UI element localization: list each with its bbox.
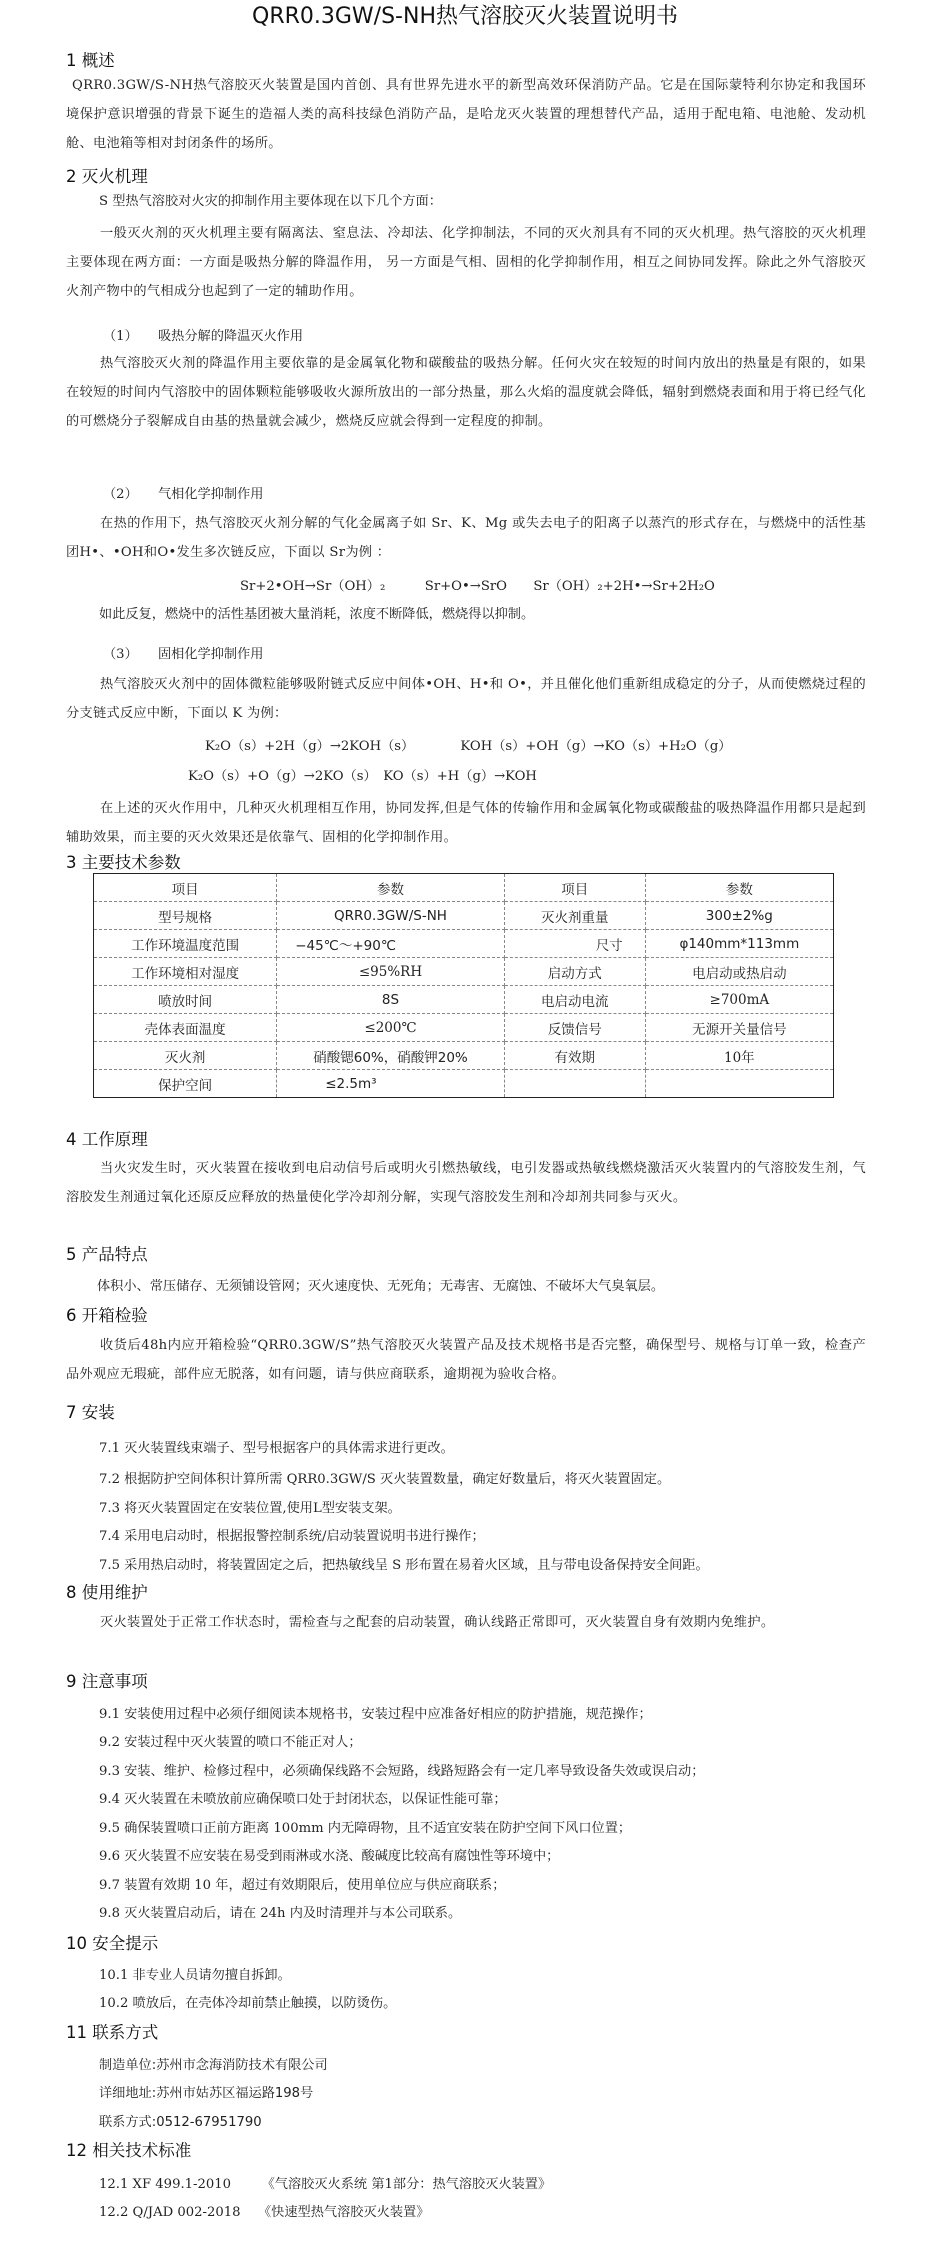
- table-cell: [504, 1070, 645, 1098]
- table-cell: 保护空间: [94, 1070, 277, 1098]
- table-cell: QRR0.3GW/S-NH: [277, 902, 505, 930]
- table-cell: 电启动电流: [504, 986, 645, 1014]
- table-cell: ≥700mA: [645, 986, 833, 1014]
- table-cell: 灭火剂: [94, 1042, 277, 1070]
- sr-equations: Sr+2•OH→Sr（OH）₂ Sr+O•→SrO Sr（OH）₂+2H•→Sr…: [240, 577, 715, 597]
- table-cell: 启动方式: [504, 958, 645, 986]
- table-cell: 无源开关量信号: [645, 1014, 833, 1042]
- table-cell: 壳体表面温度: [94, 1014, 277, 1042]
- table-header: 参数: [277, 874, 505, 902]
- solid-phase-paragraph: 热气溶胶灭火剂中的固体微粒能够吸附链式反应中间体•OH、H•和 O•，并且催化他…: [66, 670, 866, 728]
- section-heading-safety: 10 安全提示: [66, 1933, 158, 1955]
- table-header-row: 项目 参数 项目 参数: [94, 874, 834, 902]
- features-paragraph: 体积小、常压储存、无须铺设管网；灭火速度快、无死角；无毒害、无腐蚀、不破坏大气臭…: [97, 1277, 664, 1297]
- subsection-1-label: （1）: [103, 327, 138, 347]
- table-cell: 8S: [277, 986, 505, 1014]
- subsection-1-title: 吸热分解的降温灭火作用: [158, 327, 303, 347]
- table-cell: 工作环境相对湿度: [94, 958, 277, 986]
- table-row: 保护空间 ≤2.5m³: [94, 1070, 834, 1098]
- mechanism-summary: 在上述的灭火作用中，几种灭火机理相互作用，协同发挥,但是气体的传输作用和金属氧化…: [66, 794, 866, 852]
- section-heading-standards: 12 相关技术标准: [66, 2140, 191, 2162]
- section-heading-overview: 1 概述: [66, 50, 115, 72]
- installation-item: 7.5 采用热启动时，将装置固定之后，把热敏线呈 S 形布置在易着火区域，且与带…: [99, 1556, 709, 1576]
- precaution-item: 9.2 安装过程中灭火装置的喷口不能正对人；: [99, 1733, 362, 1753]
- gas-phase-paragraph: 在热的作用下，热气溶胶灭火剂分解的气化金属离子如 Sr、K、Mg 或失去电子的阳…: [66, 509, 866, 567]
- section-heading-maintenance: 8 使用维护: [66, 1582, 148, 1604]
- subsection-2-label: （2）: [103, 485, 138, 505]
- table-row: 壳体表面温度 ≤200℃ 反馈信号 无源开关量信号: [94, 1014, 834, 1042]
- manufacturer-info: 制造单位:苏州市念海消防技术有限公司: [99, 2056, 328, 2076]
- section-heading-parameters: 3 主要技术参数: [66, 852, 181, 874]
- subsection-2-title: 气相化学抑制作用: [158, 485, 264, 505]
- mechanism-intro: S 型热气溶胶对火灾的抑制作用主要体现在以下几个方面：: [99, 192, 442, 212]
- safety-item: 10.2 喷放后，在壳体冷却前禁止触摸，以防烫伤。: [99, 1994, 396, 2014]
- section-heading-contact: 11 联系方式: [66, 2022, 158, 2044]
- table-row: 型号规格 QRR0.3GW/S-NH 灭火剂重量 300±2%g: [94, 902, 834, 930]
- section-heading-mechanism: 2 灭火机理: [66, 166, 148, 188]
- standard-item: 12.1 XF 499.1-2010 《气溶胶灭火系统 第1部分：热气溶胶灭火装…: [99, 2175, 551, 2195]
- table-row: 工作环境温度范围 −45℃～+90℃ 尺寸 φ140mm*113mm: [94, 930, 834, 958]
- table-cell: 型号规格: [94, 902, 277, 930]
- precaution-item: 9.4 灭火装置在未喷放前应确保喷口处于封闭状态，以保证性能可靠；: [99, 1790, 507, 1810]
- precaution-item: 9.7 装置有效期 10 年，超过有效期限后，使用单位应与供应商联系；: [99, 1876, 505, 1896]
- table-cell: 喷放时间: [94, 986, 277, 1014]
- unpacking-paragraph: 收货后48h内应开箱检验“QRR0.3GW/S”热气溶胶灭火装置产品及技术规格书…: [66, 1331, 866, 1389]
- document-title: QRR0.3GW/S-NH热气溶胶灭火装置说明书: [0, 2, 930, 32]
- safety-item: 10.1 非专业人员请勿擅自拆卸。: [99, 1966, 291, 1986]
- working-principle-paragraph: 当火灾发生时，灭火装置在接收到电启动信号后或明火引燃热敏线，电引发器或热敏线燃烧…: [66, 1154, 866, 1212]
- address-info: 详细地址:苏州市姑苏区福运路198号: [99, 2084, 313, 2104]
- technical-parameters-table: 项目 参数 项目 参数 型号规格 QRR0.3GW/S-NH 灭火剂重量 300…: [93, 873, 834, 1098]
- table-cell: [645, 1070, 833, 1098]
- table-row: 灭火剂 硝酸锶60%，硝酸钾20% 有效期 10年: [94, 1042, 834, 1070]
- table-cell: 电启动或热启动: [645, 958, 833, 986]
- section-heading-working-principle: 4 工作原理: [66, 1129, 148, 1151]
- precaution-item: 9.5 确保装置喷口正前方距离 100mm 内无障碍物，且不适宜安装在防护空间下…: [99, 1819, 631, 1839]
- phone-info: 联系方式:0512-67951790: [99, 2113, 262, 2133]
- precaution-item: 9.6 灭火装置不应安装在易受到雨淋或水浇、酸碱度比较高有腐蚀性等环境中；: [99, 1847, 559, 1867]
- table-cell: ≤2.5m³: [277, 1070, 505, 1098]
- cooling-paragraph: 热气溶胶灭火剂的降温作用主要依靠的是金属氧化物和碳酸盐的吸热分解。任何火灾在较短…: [66, 349, 866, 436]
- subsection-3-title: 固相化学抑制作用: [158, 645, 264, 665]
- table-cell: ≤200℃: [277, 1014, 505, 1042]
- standard-item: 12.2 Q/JAD 002-2018 《快速型热气溶胶灭火装置》: [99, 2203, 429, 2223]
- gas-phase-conclusion: 如此反复，燃烧中的活性基团被大量消耗，浓度不断降低，燃烧得以抑制。: [99, 605, 534, 625]
- installation-item: 7.2 根据防护空间体积计算所需 QRR0.3GW/S 灭火装置数量，确定好数量…: [99, 1470, 670, 1490]
- table-header: 项目: [94, 874, 277, 902]
- section-heading-installation: 7 安装: [66, 1402, 115, 1424]
- section-heading-precautions: 9 注意事项: [66, 1671, 148, 1693]
- k-equations-line-2: K₂O（s）+O（g）→2KO（s） KO（s）+H（g）→KOH: [188, 767, 537, 787]
- k-equations-line-1: K₂O（s）+2H（g）→2KOH（s） KOH（s）+OH（g）→KO（s）+…: [205, 737, 732, 757]
- table-header: 参数: [645, 874, 833, 902]
- precaution-item: 9.8 灭火装置启动后，请在 24h 内及时清理并与本公司联系。: [99, 1904, 461, 1924]
- section-heading-unpacking: 6 开箱检验: [66, 1305, 148, 1327]
- table-row: 工作环境相对湿度 ≤95%RH 启动方式 电启动或热启动: [94, 958, 834, 986]
- installation-item: 7.4 采用电启动时，根据报警控制系统/启动装置说明书进行操作；: [99, 1527, 485, 1547]
- precaution-item: 9.1 安装使用过程中必须仔细阅读本规格书，安装过程中应准备好相应的防护措施，规…: [99, 1705, 652, 1725]
- table-cell: φ140mm*113mm: [645, 930, 833, 958]
- table-cell: ≤95%RH: [277, 958, 505, 986]
- subsection-3-label: （3）: [103, 645, 138, 665]
- installation-item: 7.1 灭火装置线束端子、型号根据客户的具体需求进行更改。: [99, 1439, 454, 1459]
- table-cell: −45℃～+90℃: [277, 930, 505, 958]
- installation-item: 7.3 将灭火装置固定在安装位置,使用L型安装支架。: [99, 1499, 401, 1519]
- mechanism-paragraph: 一般灭火剂的灭火机理主要有隔离法、窒息法、冷却法、化学抑制法，不同的灭火剂具有不…: [66, 219, 866, 306]
- table-cell: 10年: [645, 1042, 833, 1070]
- table-row: 喷放时间 8S 电启动电流 ≥700mA: [94, 986, 834, 1014]
- table-cell: 硝酸锶60%，硝酸钾20%: [277, 1042, 505, 1070]
- table-cell: 有效期: [504, 1042, 645, 1070]
- table-cell: 300±2%g: [645, 902, 833, 930]
- table-cell: 反馈信号: [504, 1014, 645, 1042]
- table-cell: 灭火剂重量: [504, 902, 645, 930]
- overview-paragraph: QRR0.3GW/S-NH热气溶胶灭火装置是国内首创、具有世界先进水平的新型高效…: [66, 71, 866, 158]
- table-cell: 尺寸: [504, 930, 645, 958]
- section-heading-features: 5 产品特点: [66, 1244, 148, 1266]
- precaution-item: 9.3 安装、维护、检修过程中，必须确保线路不会短路，线路短路会有一定几率导致设…: [99, 1762, 704, 1782]
- maintenance-paragraph: 灭火装置处于正常工作状态时，需检查与之配套的启动装置，确认线路正常即可，灭火装置…: [66, 1608, 866, 1637]
- table-header: 项目: [504, 874, 645, 902]
- table-cell: 工作环境温度范围: [94, 930, 277, 958]
